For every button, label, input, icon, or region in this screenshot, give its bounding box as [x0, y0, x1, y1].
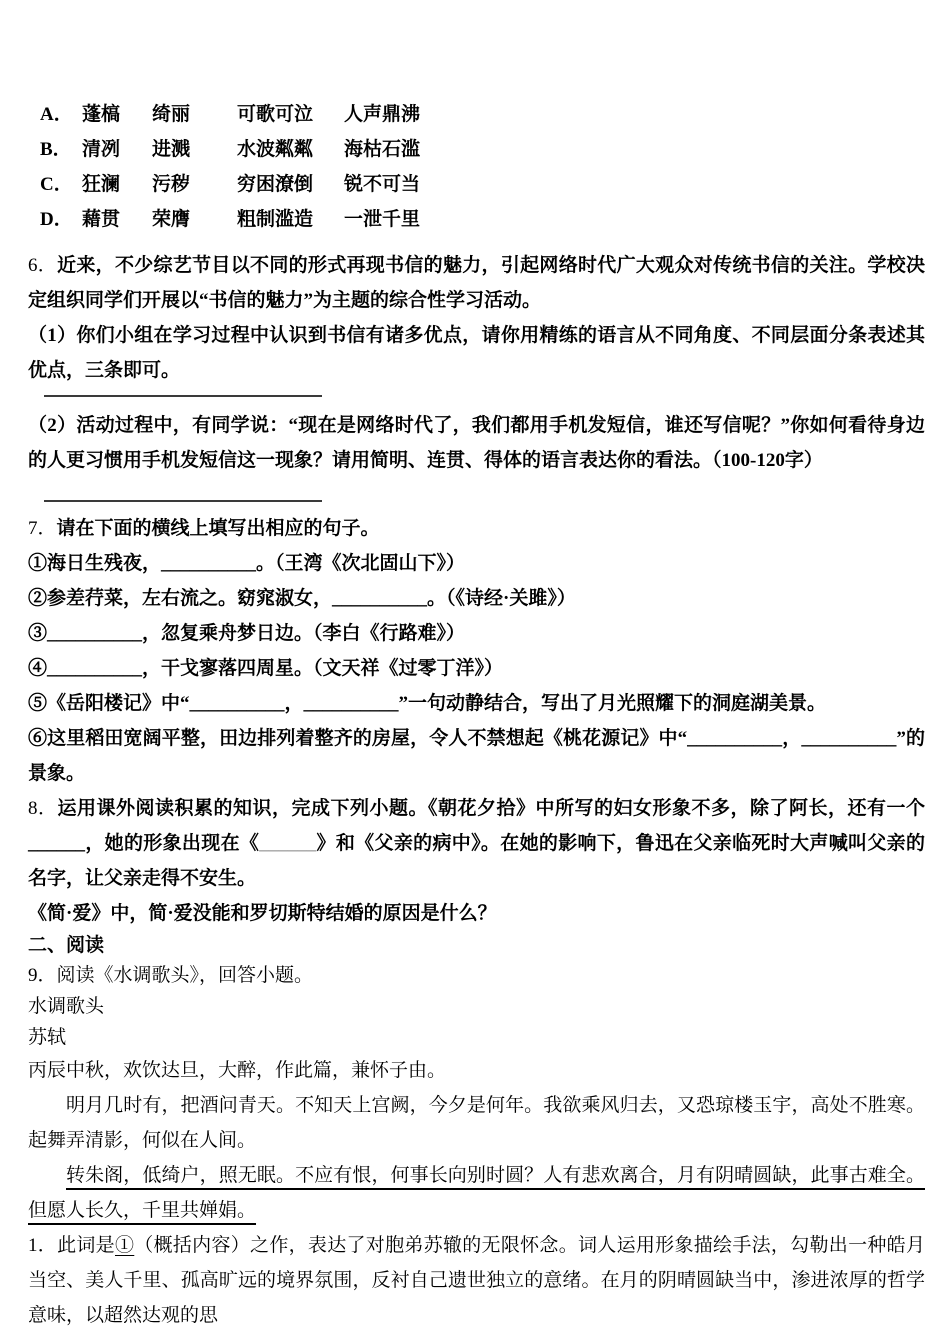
- subq1-seg1: 此词是: [57, 1235, 115, 1256]
- q7-item-5: ⑤《岳阳楼记》中“__________，__________”一句动静结合，写出…: [28, 686, 925, 721]
- option-word: 污秽: [152, 167, 237, 202]
- option-word: 蓬槁: [82, 97, 152, 132]
- option-word: 可歌可泣: [237, 97, 344, 132]
- poem-author: 苏轼: [28, 1022, 925, 1053]
- q7-item-4: ④__________，干戈寥落四周星。（文天祥《过零丁洋》）: [28, 651, 925, 686]
- q7-stem-text: 请在下面的横线上填写出相应的句子。: [57, 518, 380, 539]
- option-word: 人声鼎沸: [344, 97, 420, 132]
- subq1-text: 1．此词是①（概括内容）之作，表达了对胞弟苏辙的无限怀念。词人运用形象描绘手法，…: [28, 1228, 925, 1333]
- q5-options-block: A． 蓬槁 绮丽 可歌可泣 人声鼎沸 B． 清冽 进溅 水波粼粼 海枯石滥 C．…: [28, 97, 925, 237]
- q8-seg2: ，她的形象出现在《: [85, 833, 259, 854]
- poem-title: 水调歌头: [28, 991, 925, 1022]
- subq1-marker: ①: [115, 1235, 134, 1256]
- q6-stem-text: 近来，不少综艺节目以不同的形式再现书信的魅力，引起网络时代广大观众对传统书信的关…: [28, 255, 925, 311]
- option-word: 绮丽: [152, 97, 237, 132]
- q8-seg1: 运用课外阅读积累的知识，完成下列小题。《朝花夕拾》中所写的妇女形象不多，除了阿长…: [58, 798, 925, 819]
- subq1-number: 1．: [28, 1235, 57, 1256]
- poem-stanza-1: 明月几时有，把酒问青天。不知天上宫阙，今夕是何年。我欲乘风归去，又恐琼楼玉宇，高…: [28, 1088, 925, 1158]
- option-word: 进溅: [152, 132, 237, 167]
- option-word: 荣膺: [152, 202, 237, 237]
- section-heading: 二、阅读: [28, 931, 925, 961]
- option-word: 一泄千里: [344, 202, 420, 237]
- option-row-c: C． 狂澜 污秽 穷困潦倒 锐不可当: [28, 167, 925, 202]
- q7-item-1: ①海日生残夜，__________。（王湾《次北固山下》）: [28, 546, 925, 581]
- option-row-a: A． 蓬槁 绮丽 可歌可泣 人声鼎沸: [28, 97, 925, 132]
- q6-part2: （2）活动过程中，有同学说：“现在是网络时代了，我们都用手机发短信，谁还写信呢？…: [28, 408, 925, 478]
- option-label: C．: [40, 167, 82, 202]
- option-row-d: D． 藉贯 荣膺 粗制滥造 一泄千里: [28, 202, 925, 237]
- option-word: 水波粼粼: [237, 132, 344, 167]
- q7-stem: 7．请在下面的横线上填写出相应的句子。: [28, 511, 925, 546]
- q8-number: 8．: [28, 798, 58, 819]
- q9-stem: 9．阅读《水调歌头》，回答小题。: [28, 961, 925, 991]
- q7-item-2: ②参差荇菜，左右流之。窈窕淑女，__________。（《诗经·关雎》）: [28, 581, 925, 616]
- q8-blank-2: ______: [259, 833, 316, 854]
- option-word: 藉贯: [82, 202, 152, 237]
- option-row-b: B． 清冽 进溅 水波粼粼 海枯石滥: [28, 132, 925, 167]
- option-word: 清冽: [82, 132, 152, 167]
- q7-item-6: ⑥这里稻田宽阔平整，田边排列着整齐的房屋，令人不禁想起《桃花源记》中“_____…: [28, 721, 925, 791]
- option-word: 穷困潦倒: [237, 167, 344, 202]
- q9-stem-text: 阅读《水调歌头》，回答小题。: [57, 965, 314, 986]
- option-label: D．: [40, 202, 82, 237]
- option-word: 狂澜: [82, 167, 152, 202]
- q6-part1: （1）你们小组在学习过程中认识到书信有诸多优点，请你用精练的语言从不同角度、不同…: [28, 318, 925, 388]
- q7-number: 7．: [28, 518, 57, 539]
- answer-line: [44, 500, 322, 502]
- subq1-seg2: （概括内容）之作，表达了对胞弟苏辙的无限怀念。词人运用形象描绘手法，勾勒出一种皓…: [28, 1235, 925, 1326]
- answer-line: [44, 395, 322, 397]
- q8-line2: 《简·爱》中，简·爱没能和罗切斯特结婚的原因是什么？: [28, 896, 925, 931]
- q7-item-3: ③__________，忽复乘舟梦日边。（李白《行路难》）: [28, 616, 925, 651]
- q9-number: 9．: [28, 965, 57, 986]
- exam-page: A． 蓬槁 绮丽 可歌可泣 人声鼎沸 B． 清冽 进溅 水波粼粼 海枯石滥 C．…: [0, 0, 950, 1333]
- option-word: 海枯石滥: [344, 132, 420, 167]
- option-label: B．: [40, 132, 82, 167]
- option-word: 锐不可当: [344, 167, 420, 202]
- q6-number: 6．: [28, 255, 57, 276]
- poem-stanza-2-underlined: 转朱阁，低绮户，照无眠。不应有恨，何事长向别时圆？人有悲欢离合，月有阴晴圆缺，此…: [28, 1158, 925, 1228]
- q8-blank-1: ______: [28, 833, 85, 854]
- option-label: A．: [40, 97, 82, 132]
- q8-text: 8．运用课外阅读积累的知识，完成下列小题。《朝花夕拾》中所写的妇女形象不多，除了…: [28, 791, 925, 896]
- q6-stem: 6．近来，不少综艺节目以不同的形式再现书信的魅力，引起网络时代广大观众对传统书信…: [28, 248, 925, 318]
- option-word: 粗制滥造: [237, 202, 344, 237]
- poem-preface: 丙辰中秋，欢饮达旦，大醉，作此篇，兼怀子由。: [28, 1053, 925, 1088]
